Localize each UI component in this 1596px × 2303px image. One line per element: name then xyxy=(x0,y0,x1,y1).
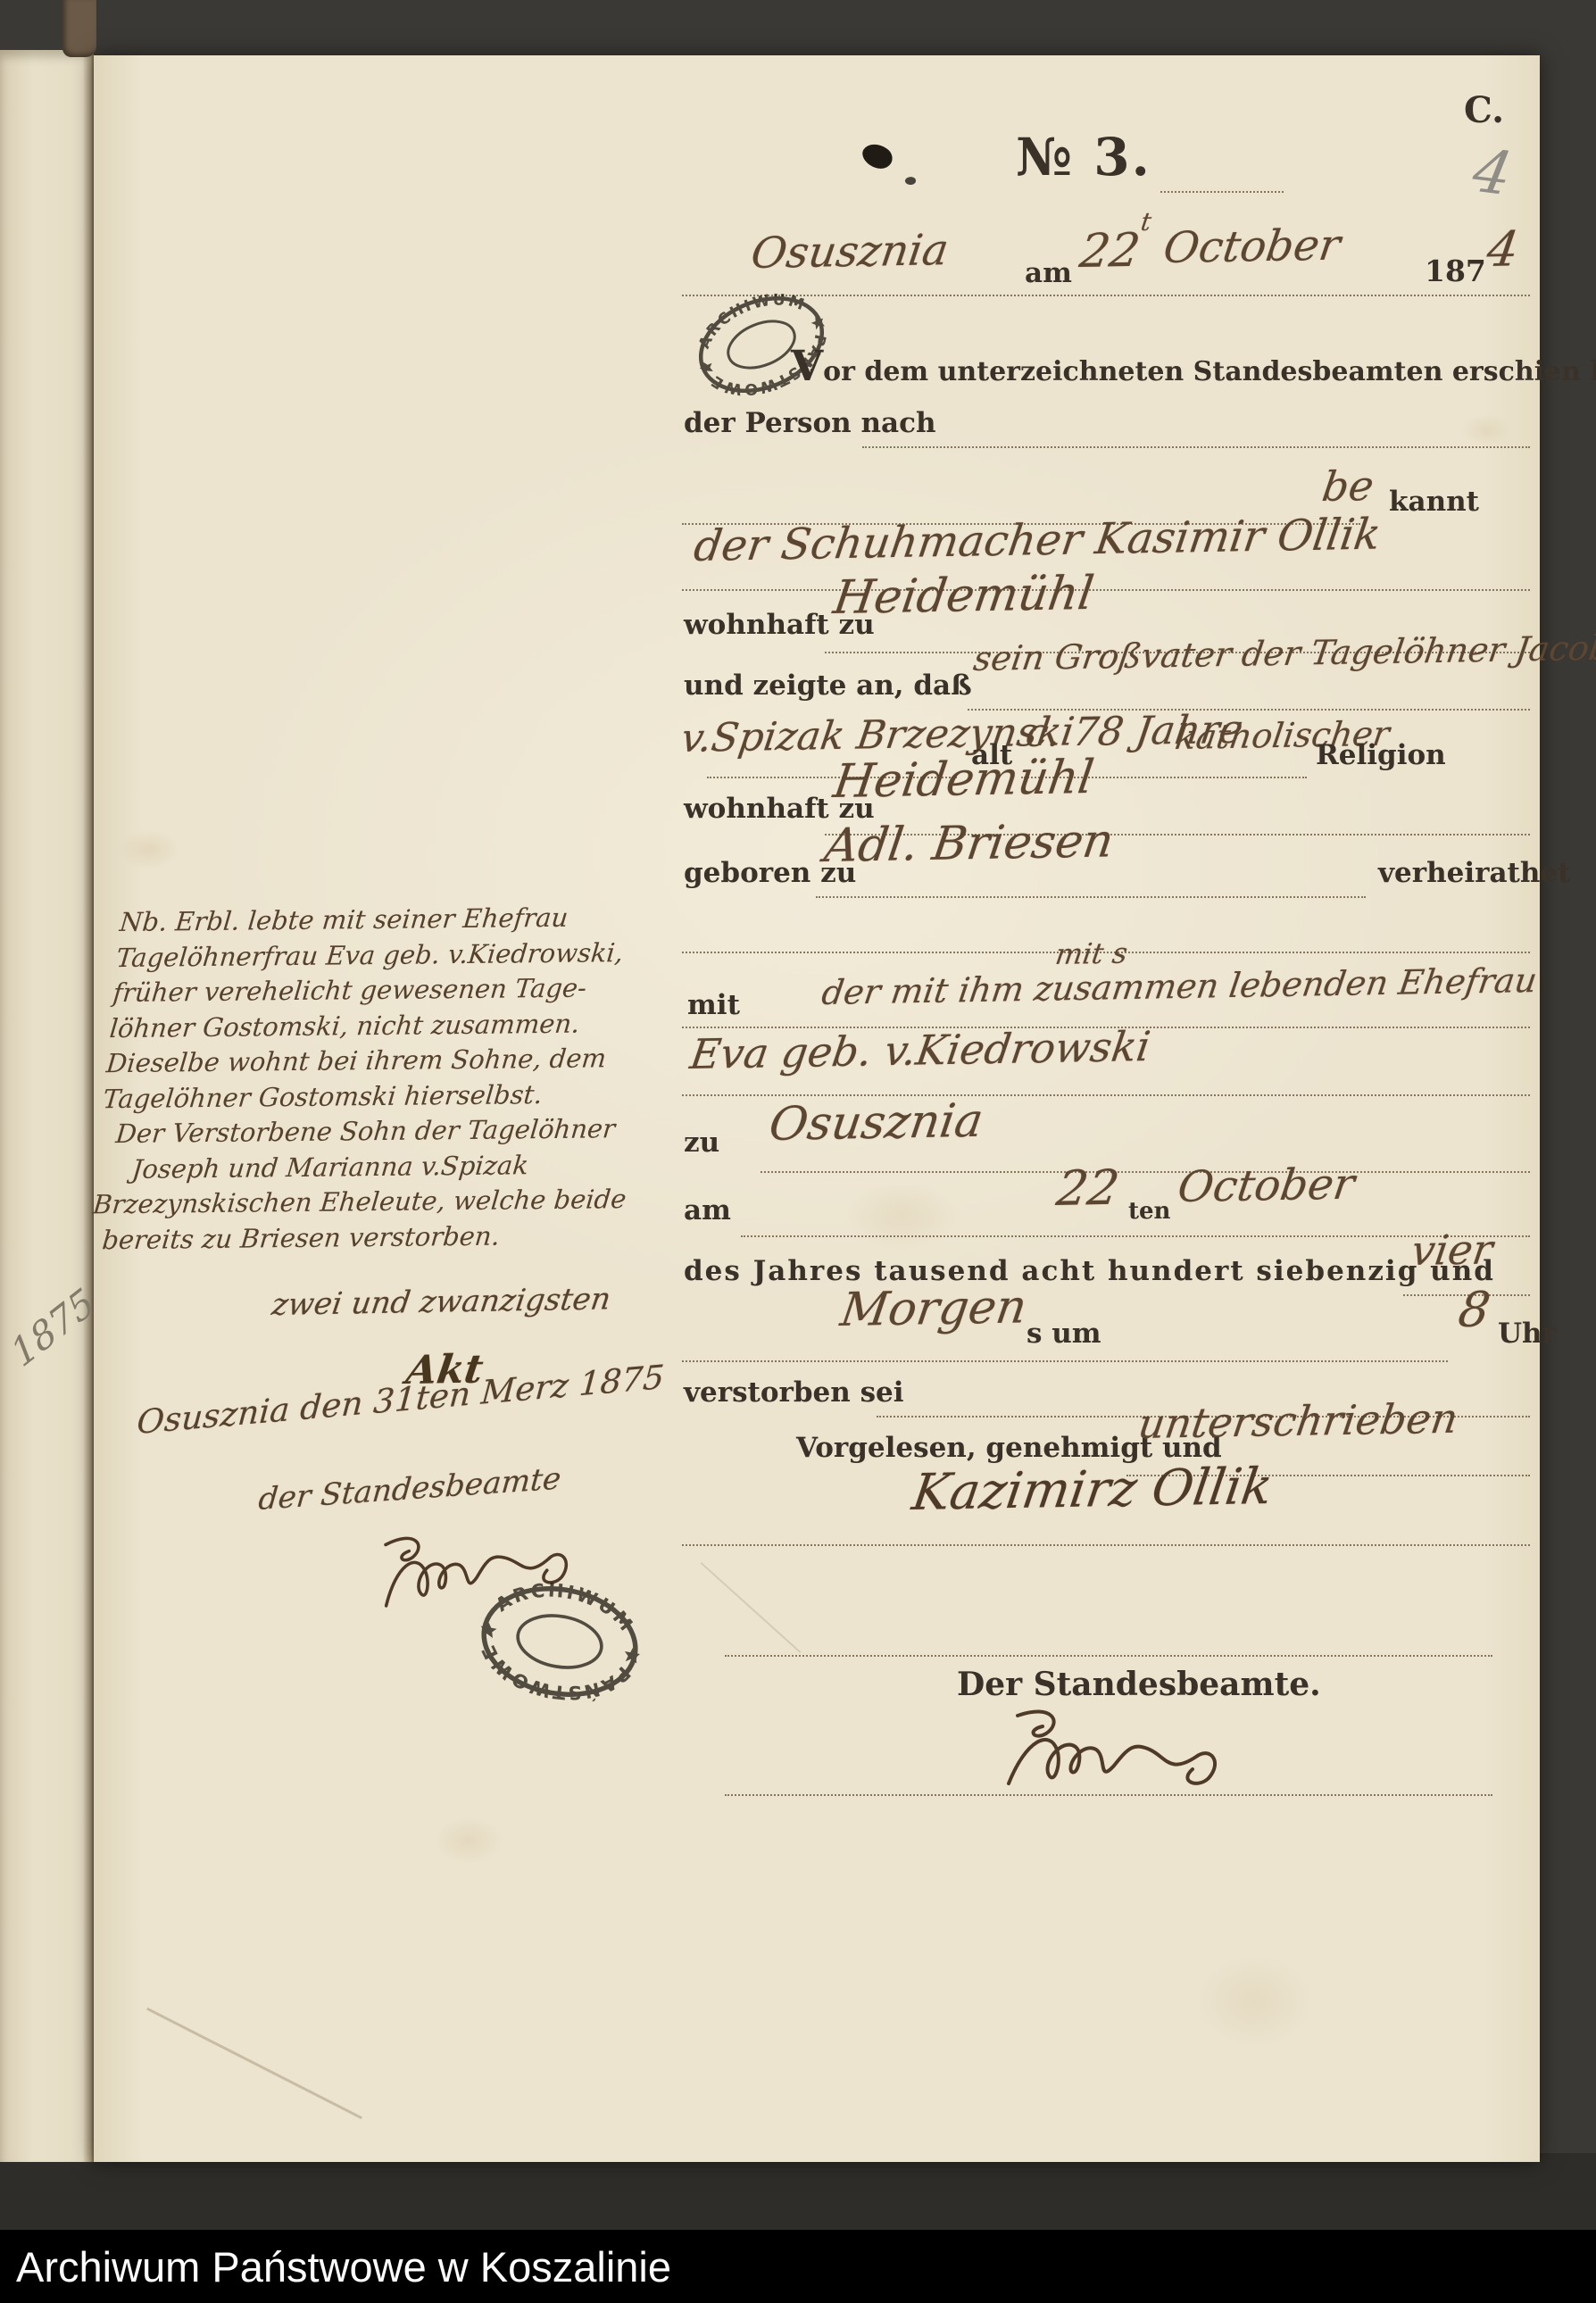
corner-letter: C. xyxy=(1464,89,1504,131)
death-place-rule xyxy=(761,1171,1530,1173)
official-rule xyxy=(725,1794,1492,1796)
time-rule xyxy=(682,1360,1448,1362)
margin-line: Nb. Erbl. lebte mit seiner Ehefrau xyxy=(118,900,675,941)
time-mid-label: s um xyxy=(1027,1318,1101,1350)
book-spine-tab xyxy=(62,0,96,57)
born-rule xyxy=(816,896,1366,898)
margin-line: Brzezynskischen Eheleute, welche beide xyxy=(91,1182,648,1223)
time-of-day-handwritten: Morgen xyxy=(837,1280,1030,1337)
dateline-month: October xyxy=(1160,220,1343,273)
dateline-am-label: am xyxy=(1025,257,1072,289)
dateline-year-printed: 187 xyxy=(1425,254,1486,288)
archive-name: Archiwum Państwowe w Koszalinie xyxy=(16,2242,671,2291)
margin-line: Joseph und Marianna v.Spizak xyxy=(95,1146,652,1187)
died-label: verstorben sei xyxy=(684,1376,904,1409)
year-words-label: des Jahres tausend acht hundert siebenzi… xyxy=(684,1255,1495,1287)
dateline-place: Osusznia xyxy=(748,225,952,279)
signature-rule xyxy=(682,1544,1530,1546)
margin-line: Der Verstorbene Sohn der Tagelöhner xyxy=(98,1111,655,1152)
death-month-handwritten: October xyxy=(1175,1160,1358,1212)
record-number-leader xyxy=(1160,191,1284,193)
death-day-handwritten: 22 xyxy=(1053,1160,1123,1217)
signed-word-handwritten: unterschrieben xyxy=(1135,1394,1461,1448)
wife-handwritten: Eva geb. v.Kiedrowski xyxy=(687,1022,1153,1078)
married-label: verheirathet xyxy=(1378,857,1570,889)
record-number: № 3. xyxy=(1016,127,1151,187)
margin-line: Tagelöhner Gostomski hierselbst. xyxy=(102,1076,659,1117)
blank-rule-2 xyxy=(725,1655,1492,1657)
day-suffix-label: ten xyxy=(1128,1198,1170,1225)
residence-handwritten: Heidemühl xyxy=(830,567,1097,625)
declarant-signature: Kazimirz Ollik xyxy=(909,1458,1276,1522)
margin-line: bereits zu Briesen verstorben. xyxy=(88,1217,645,1258)
margin-line: löhner Gostomski, nicht zusammen. xyxy=(108,1005,665,1046)
announce-label: und zeigte an, daß xyxy=(684,669,972,702)
on-label: am xyxy=(684,1194,731,1226)
scanned-death-record: C. 4 № 3. Osusznia am 22 t October 187 4… xyxy=(0,0,1596,2303)
archive-footer-bar: Archiwum Państwowe w Koszalinie xyxy=(0,2230,1596,2303)
previous-page-edge xyxy=(0,50,94,2162)
margin-annotation: Nb. Erbl. lebte mit seiner Ehefrau Tagel… xyxy=(88,900,675,1259)
at-label: zu xyxy=(684,1127,719,1159)
with-label: mit xyxy=(687,989,740,1021)
known-handwritten: be xyxy=(1319,461,1376,511)
year-word-handwritten: vier xyxy=(1409,1225,1496,1275)
official-label: Der Standesbeamte. xyxy=(957,1666,1321,1703)
margin-line: Tagelöhnerfrau Eva geb. v.Kiedrowski, xyxy=(115,935,672,976)
known-label: kannt xyxy=(1389,486,1479,518)
uhr-label: Uhr xyxy=(1498,1318,1557,1350)
margin-line: Dieselbe wohnt bei ihrem Sohne, dem xyxy=(104,1041,661,1082)
declarant-rule xyxy=(682,589,1530,591)
residence2-handwritten: Heidemühl xyxy=(830,751,1097,809)
dateline-day: 22 xyxy=(1076,224,1143,279)
death-date-rule xyxy=(741,1235,1530,1237)
person-nach-label: der Person nach xyxy=(684,407,936,439)
margin-line: früher verehelicht gewesenen Tage- xyxy=(112,970,669,1011)
margin-closing-handwritten: zwei und zwanzigsten xyxy=(270,1281,613,1323)
form-intro-line: Vor dem unterzeichneten Standesbeamten e… xyxy=(791,341,1596,390)
person-nach-rule xyxy=(862,446,1530,448)
wife-rule xyxy=(682,1094,1530,1096)
birthplace-handwritten: Adl. Briesen xyxy=(821,814,1117,873)
death-place-handwritten: Osusznia xyxy=(766,1094,986,1151)
with-insert-handwritten: mit s xyxy=(1053,936,1130,971)
religion-label: Religion xyxy=(1316,739,1446,771)
